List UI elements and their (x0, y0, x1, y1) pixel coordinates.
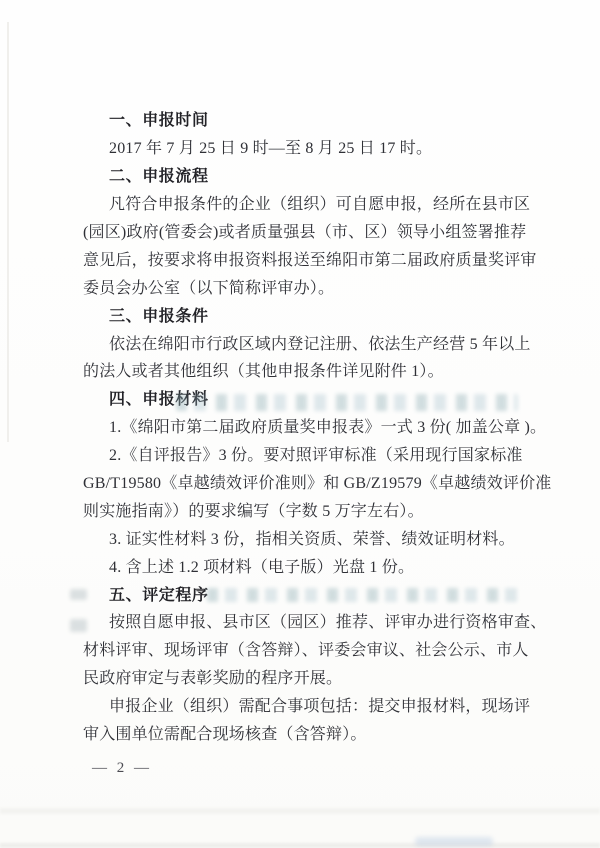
document-line-text: 材料评审、现场评审（含答辩）、评委会审议、社会公示、市人 (83, 637, 529, 660)
document-line: 申报企业（组织）需配合事项包括：提交申报材料，现场评 (83, 691, 543, 719)
document-line: 1.《绵阳市第二届政府质量奖申报表》一式 3 份( 加盖公章 )。 (83, 412, 543, 440)
scan-smudge-artifact (415, 837, 493, 846)
document-line: 凡符合申报条件的企业（组织）可自愿申报，经所在县市区 (83, 189, 543, 217)
scan-band-artifact (0, 808, 600, 814)
ink-bleed-artifact (176, 394, 518, 411)
document-line-text: 按照自愿申报、县市区（园区）推荐、评审办进行资格审查、 (109, 609, 546, 632)
document-line-text: 一、申报时间 (109, 107, 209, 130)
document-line-text: 审入围单位需配合现场核查（含答辩）。 (83, 721, 367, 744)
scan-band-artifact (0, 843, 600, 848)
document-line: (园区)政府(管委会)或者质量强县（市、区）领导小组签署推荐 (83, 217, 543, 245)
document-line-text: 二、申报流程 (109, 163, 209, 186)
document-line-text: 的法人或者其他组织（其他申报条件详见附件 1）。 (83, 358, 444, 381)
document-line: 三、申报条件 (83, 300, 543, 328)
document-line: 依法在绵阳市行政区域内登记注册、依法生产经营 5 年以上 (83, 328, 543, 356)
document-line: 委员会办公室（以下简称评审办）。 (83, 272, 543, 300)
page-number: — 2 — (92, 760, 152, 777)
document-text-block: 一、申报时间2017 年 7 月 25 日 9 时—至 8 月 25 日 17 … (83, 105, 543, 746)
document-line-text: 2.《自评报告》3 份。要对照评审标准（采用现行国家标准 (109, 442, 523, 465)
document-line-text: 则实施指南》）的要求编写（字数 5 万字左右）。 (83, 498, 424, 521)
document-line-text: 3. 证实性材料 3 份，指相关资质、荣誉、绩效证明材料。 (109, 526, 515, 549)
scanned-document-page: 一、申报时间2017 年 7 月 25 日 9 时—至 8 月 25 日 17 … (0, 0, 600, 848)
document-line: 则实施指南》）的要求编写（字数 5 万字左右）。 (83, 495, 543, 523)
document-line: 的法人或者其他组织（其他申报条件详见附件 1）。 (83, 356, 543, 384)
ink-bleed-artifact (207, 588, 518, 602)
document-line: 民政府审定与表彰奖励的程序开展。 (83, 663, 543, 691)
document-line-text: 凡符合申报条件的企业（组织）可自愿申报，经所在县市区 (109, 191, 530, 214)
ink-bleed-artifact (70, 589, 87, 600)
scan-edge-artifact (7, 22, 9, 442)
document-line-text: 五、评定程序 (109, 582, 209, 605)
document-line-text: 民政府审定与表彰奖励的程序开展。 (83, 665, 342, 688)
document-line-text: 申报企业（组织）需配合事项包括：提交申报材料，现场评 (109, 693, 530, 716)
document-line: 3. 证实性材料 3 份，指相关资质、荣誉、绩效证明材料。 (83, 523, 543, 551)
document-line-text: (园区)政府(管委会)或者质量强县（市、区）领导小组签署推荐 (83, 219, 526, 242)
ink-bleed-artifact (70, 619, 87, 632)
document-line: 意见后，按要求将申报资料报送至绵阳市第二届政府质量奖评审 (83, 244, 543, 272)
document-line: 审入围单位需配合现场核查（含答辩）。 (83, 719, 543, 747)
document-line: 材料评审、现场评审（含答辩）、评委会审议、社会公示、市人 (83, 635, 543, 663)
document-line-text: 1.《绵阳市第二届政府质量奖申报表》一式 3 份( 加盖公章 )。 (109, 414, 546, 437)
document-line: 2017 年 7 月 25 日 9 时—至 8 月 25 日 17 时。 (83, 133, 543, 161)
document-line: 一、申报时间 (83, 105, 543, 133)
document-line-text: 2017 年 7 月 25 日 9 时—至 8 月 25 日 17 时。 (109, 135, 432, 158)
document-line-text: 三、申报条件 (109, 303, 209, 326)
document-line-text: 委员会办公室（以下简称评审办）。 (83, 275, 334, 298)
document-line-text: 意见后，按要求将申报资料报送至绵阳市第二届政府质量奖评审 (83, 247, 537, 270)
document-line-text: GB/T19580《卓越绩效评价准则》和 GB/Z19579《卓越绩效评价准 (83, 470, 552, 493)
document-line: GB/T19580《卓越绩效评价准则》和 GB/Z19579《卓越绩效评价准 (83, 468, 543, 496)
document-line-text: 4. 含上述 1.2 项材料（电子版）光盘 1 份。 (109, 554, 414, 577)
document-line: 2.《自评报告》3 份。要对照评审标准（采用现行国家标准 (83, 440, 543, 468)
document-line: 按照自愿申报、县市区（园区）推荐、评审办进行资格审查、 (83, 607, 543, 635)
document-line-text: 依法在绵阳市行政区域内登记注册、依法生产经营 5 年以上 (109, 331, 531, 354)
document-line: 4. 含上述 1.2 项材料（电子版）光盘 1 份。 (83, 551, 543, 579)
document-line: 二、申报流程 (83, 161, 543, 189)
